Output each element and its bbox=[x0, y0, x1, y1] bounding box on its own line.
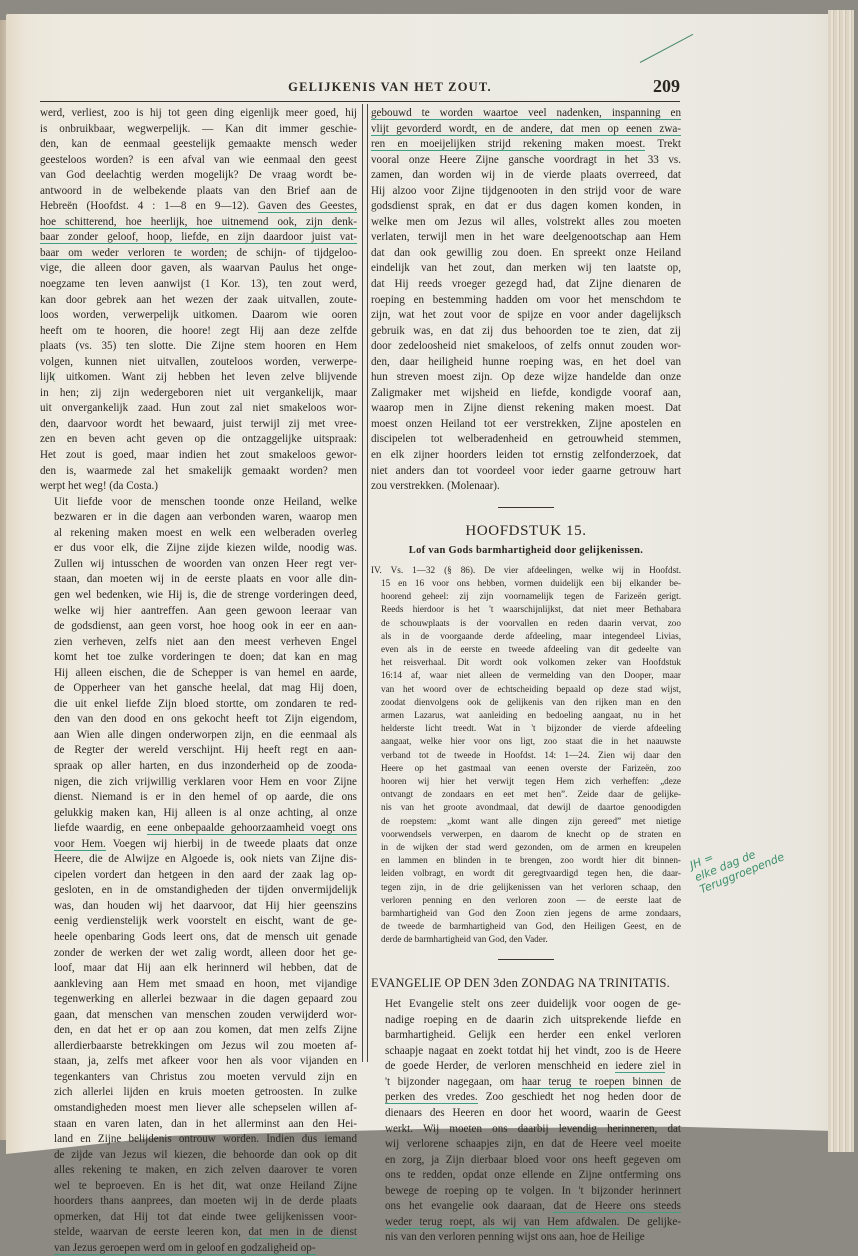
text-line: ren en moeijelijken strijd rekening make… bbox=[371, 137, 681, 153]
text-line: dienst. Niemand is er in den hemel of op… bbox=[40, 790, 357, 806]
text-line: Uit liefde voor de menschen toonde onze … bbox=[40, 495, 357, 511]
text-line: tegen zijn, in de drie gelijkenissen van… bbox=[371, 881, 681, 894]
text-line: zamen, dan worden wij in de vierde plaat… bbox=[371, 168, 681, 184]
text-line: ontvangt de zondaars en eet met hen”. Ze… bbox=[371, 788, 681, 801]
text-line: spraak op aller harten, en dus inzonderh… bbox=[40, 759, 357, 775]
text-line: barmhartigheid. Gelijk een herder een en… bbox=[371, 1028, 681, 1044]
text-line: al rekening maken moest en welk een welb… bbox=[40, 526, 357, 542]
text-line: wel te beproeven. En is het dit, wat onz… bbox=[40, 1179, 357, 1195]
text-line: is onbruikbaar, wegwerpelijk. — Kan dit … bbox=[40, 122, 357, 138]
section-paragraph: Het Evangelie stelt ons zeer duidelijk v… bbox=[371, 997, 681, 1200]
text-line: de tweede de barmhartigheid van God, den… bbox=[371, 920, 681, 933]
ink-underline: ren en moeijelijken strijd rekening make… bbox=[371, 138, 645, 151]
text-line: zou verstrekken. (Molenaar). bbox=[371, 479, 681, 495]
text-line: hoorend geheel: zij zijn voornamelijk te… bbox=[371, 590, 681, 603]
text-line: hun streven moest zijn. Op deze wijze ha… bbox=[371, 370, 681, 386]
ink-underline: eene onbepaalde gehoorzaamheid voegt ons bbox=[147, 822, 357, 835]
left-column: werd, verliest, zoo is hij tot geen ding… bbox=[40, 106, 357, 1200]
text-line: land en Zijne belijdenis ontrouw worden.… bbox=[40, 1132, 357, 1148]
ink-underline: Gaven des Geestes, bbox=[258, 200, 357, 213]
text-line: loof, maar dat Hij aan elk herinnerd wil… bbox=[40, 961, 357, 977]
left-paragraph-2: Uit liefde voor de menschen toonde onze … bbox=[40, 495, 357, 1200]
text-line: in hen; zij zijn wedergeboren niet uit v… bbox=[40, 386, 357, 402]
text-line: gesloten, en in de omstandigheden der ti… bbox=[40, 883, 357, 899]
text-line: werpt het weg! (da Costa.) bbox=[40, 479, 357, 495]
text-line: gelukkig maken kan, Hij alleen is al onz… bbox=[40, 806, 357, 822]
text-line: zich allerlei lijden en kruis moeten get… bbox=[40, 1085, 357, 1101]
text-line: Heere, die de Alwijze en Algoede is, ook… bbox=[40, 852, 357, 868]
text-line: den van den dood en ons gekocht heeft to… bbox=[40, 712, 357, 728]
text-line: hoorders thans aanprees, dan moeten wij … bbox=[40, 1194, 357, 1200]
text-line: wij verlorene schaapjes zijn, en dat de … bbox=[371, 1137, 681, 1153]
text-line: baar om weder verloren te worden; de sch… bbox=[40, 246, 357, 262]
text-line: als in de voorgaande derde afdeeling, ma… bbox=[371, 630, 681, 643]
text-line: ons te redden, opdat onze ellende en Zij… bbox=[371, 1168, 681, 1184]
text-line: bezwaren er in die dagen aan verbonden w… bbox=[40, 510, 357, 526]
header-rule bbox=[40, 101, 680, 102]
text-line: die uit enkel liefde Zijn bloed stortte,… bbox=[40, 697, 357, 713]
text-line: allerdierbaarste betrekkingen om Jezus w… bbox=[40, 1039, 357, 1055]
text-line: perken des vredes. Zoo geschiedt het nog… bbox=[371, 1090, 681, 1106]
text-line: welke men om Jezus wil alles, volstrekt … bbox=[371, 215, 681, 231]
text-line: den, daar heiligheid hunne roeping was, … bbox=[371, 355, 681, 371]
text-line: even als in de eerste en tweede afdeelin… bbox=[371, 643, 681, 656]
ink-underline: baar om weder verloren te worden; bbox=[40, 247, 227, 260]
text-line: er dus voor elk, die Zijne zijde kiezen … bbox=[40, 541, 357, 557]
text-line: Heere op het gastmaal van eenen overste … bbox=[371, 762, 681, 775]
text-line: volgen, kunnen niet uitvallen, zouteloos… bbox=[40, 355, 357, 371]
right-paragraph-1: gebouwd te worden waartoe veel nadenken,… bbox=[371, 106, 681, 495]
text-line: Het Evangelie stelt ons zeer duidelijk v… bbox=[371, 997, 681, 1013]
text-line: IV. Vs. 1—32 (§ 86). De vier afdeelingen… bbox=[371, 564, 681, 577]
ink-underline: perken des vredes. bbox=[385, 1091, 478, 1104]
text-line: den, daarvoor wordt het bewaard, juist t… bbox=[40, 417, 357, 433]
text-line: de schouwplaats is der voorvallen en red… bbox=[371, 617, 681, 630]
text-line: 16:14 af, waar niet alleen de vermelding… bbox=[371, 669, 681, 682]
text-line: heele openbaring Gods leert ons, dat de … bbox=[40, 930, 357, 946]
text-line: gaan, dat menschen van menschen zouden v… bbox=[40, 1008, 357, 1024]
ink-underline: hoe schitterend, hoe heerlijk, hoe uitne… bbox=[40, 216, 357, 229]
text-line: en elk zijner hoorders leiden tot ernsti… bbox=[371, 448, 681, 464]
text-line: Hij alzoo voor Zijne tijdgenooten in den… bbox=[371, 184, 681, 200]
left-paragraph-1: werd, verliest, zoo is hij tot geen ding… bbox=[40, 106, 357, 495]
text-line: werkt. Wij moeten ons daarbij levendig h… bbox=[371, 1122, 681, 1138]
text-line: plaats (vs. 35) ten slotte. Die Zijne st… bbox=[40, 339, 357, 355]
ink-underline: voor Hem. bbox=[54, 838, 106, 851]
text-line: den, kan de eenmaal geestelijk gemaakte … bbox=[40, 137, 357, 153]
text-line: den is, waarmede zal het smakelijk gemaa… bbox=[40, 464, 357, 480]
right-column: gebouwd te worden waartoe veel nadenken,… bbox=[371, 106, 681, 1200]
running-head: GELIJKENIS VAN HET ZOUT. bbox=[100, 80, 680, 100]
page-number: 209 bbox=[640, 76, 680, 97]
text-line: dat Hij reeds vroeger gezegd had, dat Zi… bbox=[371, 277, 681, 293]
text-line: aankleving aan Hem met smaad en hoon, me… bbox=[40, 977, 357, 993]
text-line: baar zonder geloof, hoop, liefde, en zij… bbox=[40, 230, 357, 246]
text-line: Hij alleen eischen, die de Schepper is v… bbox=[40, 666, 357, 682]
text-line: Hebreën (Hoofdst. 4 : 1—8 en 9—12). Gave… bbox=[40, 199, 357, 215]
ink-underline: vlijt gevorderd wordt, en de andere, dat… bbox=[371, 123, 681, 136]
text-line: eenig verdienstelijk werk voorstelt en e… bbox=[40, 914, 357, 930]
text-line: gebouwd te worden waartoe veel nadenken,… bbox=[371, 106, 681, 122]
text-line: in de wijken der stad werd gezonden, om … bbox=[371, 841, 681, 854]
text-line: omstandigheden moest men liever alle sch… bbox=[40, 1101, 357, 1117]
ink-underline: iedere ziel bbox=[615, 1060, 665, 1073]
text-line: zonder de werken der wet zalig wordt, al… bbox=[40, 946, 357, 962]
text-line: nadige roeping en de daarin zich uitspre… bbox=[371, 1013, 681, 1029]
text-line: Zaligmaker met wijsheid en liefde, kondi… bbox=[371, 386, 681, 402]
text-line: godsdienst sprak, en dat er dus dagen ko… bbox=[371, 199, 681, 215]
text-line: was, dan houden wij het daarvoor, dat Hi… bbox=[40, 899, 357, 915]
text-line: zoodat dienvolgens ook de gelijkenis van… bbox=[371, 696, 681, 709]
text-line: verloren penning en den verloren zoon — … bbox=[371, 894, 681, 907]
text-line: zen en beven acht geven op die ontzaggel… bbox=[40, 432, 357, 448]
ink-underline: baar zonder geloof, hoop, liefde, en zij… bbox=[40, 231, 357, 244]
text-line: roeping en bestemming hadden om voor het… bbox=[371, 293, 681, 309]
text-line: schaapje nagaat en zoekt totdat hij het … bbox=[371, 1044, 681, 1060]
text-line: de Regter der wereld verschijnt. Hij hee… bbox=[40, 743, 357, 759]
text-line: welke wij hier aantreffen. Aan geen gewo… bbox=[40, 604, 357, 620]
section-separator bbox=[498, 507, 554, 508]
text-line: vige, die alleen door gaven, als waarvan… bbox=[40, 261, 357, 277]
chapter-subtitle: Lof van Gods barmhartigheid door gelijke… bbox=[371, 543, 681, 559]
text-line: armen Lazarus, wat aanleiding en bedoeli… bbox=[371, 709, 681, 722]
text-line: de Opperheer van het gansche heelal, dat… bbox=[40, 681, 357, 697]
text-line: voor Hem. Voegen wij hierbij in de tweed… bbox=[40, 837, 357, 853]
text-line: derde de barmhartigheid van God, den Vad… bbox=[371, 933, 681, 946]
text-line: barmhartigheid van God den Zoon zien jeg… bbox=[371, 907, 681, 920]
text-line: hoe schitterend, hoe heerlijk, hoe uitne… bbox=[40, 215, 357, 231]
text-line: liefde waardig, en eene onbepaalde gehoo… bbox=[40, 821, 357, 837]
text-line: Het zout is goed, maar indien het zout s… bbox=[40, 448, 357, 464]
text-line: loos worden, verwerpelijk uitkomen. Daar… bbox=[40, 308, 357, 324]
text-line: van God deelachtig werden mogelijk? De v… bbox=[40, 168, 357, 184]
text-line: staan, ja, zelfs met afkeer voor hen als… bbox=[40, 1054, 357, 1070]
text-line: en zorg, ja Zijn dierbaar bloed voor ons… bbox=[371, 1153, 681, 1169]
text-line: niet anders dan tot voordeel voor ieder … bbox=[371, 464, 681, 480]
text-line: zijn, wat het zout voor de spijze en voo… bbox=[371, 308, 681, 324]
text-line: nigen, die zich vrijwillig verklaren voo… bbox=[40, 775, 357, 791]
text-line: hooren wij hier het verwijt tegen Hem zi… bbox=[371, 775, 681, 788]
text-line: werd, verliest, zoo is hij tot geen ding… bbox=[40, 106, 357, 122]
text-line: nis van het groote avondmaal, dat dewijl… bbox=[371, 801, 681, 814]
text-line: zien verheven, zelfs niet aan den meest … bbox=[40, 635, 357, 651]
text-line: komt het toe zulke vorderingen te doen; … bbox=[40, 650, 357, 666]
text-line: uit onvergankelijk zaad. Hun zout zal ni… bbox=[40, 401, 357, 417]
text-line: alles rekening te maken, en zich zelven … bbox=[40, 1163, 357, 1179]
text-line: noegzame ten leven aanwijst (1 Kor. 13),… bbox=[40, 277, 357, 293]
text-line: heeft om te hooren, die hoore! zegt Hij … bbox=[40, 324, 357, 340]
text-line: kan door gebrek aan het wezen der zaak u… bbox=[40, 293, 357, 309]
text-line: dat dan ook gewillig zou doen. En spreek… bbox=[371, 246, 681, 262]
text-line: verlaten, terwijl men in het ware deelge… bbox=[371, 230, 681, 246]
section-separator-2 bbox=[498, 959, 554, 960]
ink-underline: haar terug te roepen binnen de bbox=[522, 1076, 681, 1089]
text-line: tegenwerking en allerlei bezwaar in die … bbox=[40, 992, 357, 1008]
text-line: aangaat, welke hier voor ons ligt, zoo s… bbox=[371, 735, 681, 748]
text-line: Reeds hierdoor is het 't waarschijnlijks… bbox=[371, 603, 681, 616]
text-line: 't bijzonder nagegaan, om haar terug te … bbox=[371, 1075, 681, 1091]
text-line: leiden volbragt, en wordt dit geregtvaar… bbox=[371, 867, 681, 880]
text-line: geesteloos worden? is een afval van wie … bbox=[40, 153, 357, 169]
column-divider bbox=[362, 104, 368, 1062]
text-line: van het woord over de echtscheiding bepa… bbox=[371, 683, 681, 696]
text-line: de zijde van Jezus wil kiezen, die behoo… bbox=[40, 1148, 357, 1164]
text-line: antwoord in de welbekende plaats van den… bbox=[40, 184, 357, 200]
text-line: discipelen tot welberadenheid en getrouw… bbox=[371, 432, 681, 448]
text-line: verband tot de tweede in Hoofdst. 14: 1—… bbox=[371, 749, 681, 762]
text-line: helderste licht treedt. Wat in 't bijzon… bbox=[371, 722, 681, 735]
text-line: gebruik was, en dat zij dus behoorden to… bbox=[371, 324, 681, 340]
text-line: tegenkanters van Christus zou moeten ver… bbox=[40, 1070, 357, 1086]
text-line: aan Wien alle dingen onderworpen zijn, e… bbox=[40, 728, 357, 744]
text-line: de goede Herder, de verloren menschheid … bbox=[371, 1059, 681, 1075]
text-line: de godsdienst, aan geen vorst, hoe hoog … bbox=[40, 619, 357, 635]
text-line: en lammen en blinden in te brengen, zoo … bbox=[371, 854, 681, 867]
ink-underline: gebouwd te worden waartoe veel nadenken,… bbox=[371, 107, 681, 120]
text-line: eindelijk van het zout, dan merken wij t… bbox=[371, 261, 681, 277]
text-line: staan en varen laten, dan in het allermi… bbox=[40, 1117, 357, 1133]
section-title: EVANGELIE OP DEN 3den ZONDAG NA TRINITAT… bbox=[371, 976, 681, 992]
text-line: voorwendsels verwerpen, en daarom de kne… bbox=[371, 828, 681, 841]
text-line: door zedeloosheid niet smakeloos, of zel… bbox=[371, 339, 681, 355]
page-stack-edges bbox=[828, 10, 854, 1152]
text-line: waarop men in Zijne dienst rekening make… bbox=[371, 401, 681, 417]
text-line: vooral onze Heere Zijne gansche voordrag… bbox=[371, 153, 681, 169]
text-line: cipelen vordert dan hetgeen in den aard … bbox=[40, 868, 357, 884]
text-line: den, en dat het er op aan zou komen, dat… bbox=[40, 1023, 357, 1039]
text-line: gen wel bedenken, wie Hij is, die de str… bbox=[40, 588, 357, 604]
text-line: vlijt gevorderd wordt, en de andere, dat… bbox=[371, 122, 681, 138]
chapter-summary: IV. Vs. 1—32 (§ 86). De vier afdeelingen… bbox=[371, 564, 681, 947]
text-line: lijk uitkomen. Want zij hebben het leven… bbox=[40, 370, 357, 386]
text-line: Zullen wij intusschen de woorden van onz… bbox=[40, 557, 357, 573]
text-line: dienaars des Heeren en door het woord, w… bbox=[371, 1106, 681, 1122]
text-line: 15 en 16 voor ons hebben, vormen duideli… bbox=[371, 577, 681, 590]
text-line: moest onzen Heiland tot eer verstrekken,… bbox=[371, 417, 681, 433]
text-line: het reisverhaal. Dit wordt ook volkomen … bbox=[371, 656, 681, 669]
chapter-title: HOOFDSTUK 15. bbox=[371, 524, 681, 540]
text-line: de roepstem: „komt want alle dingen zijn… bbox=[371, 815, 681, 828]
text-line: staan, dan moeten wij in de eerste plaat… bbox=[40, 572, 357, 588]
text-line: bewege de roeping op te volgen. In 't bi… bbox=[371, 1184, 681, 1200]
